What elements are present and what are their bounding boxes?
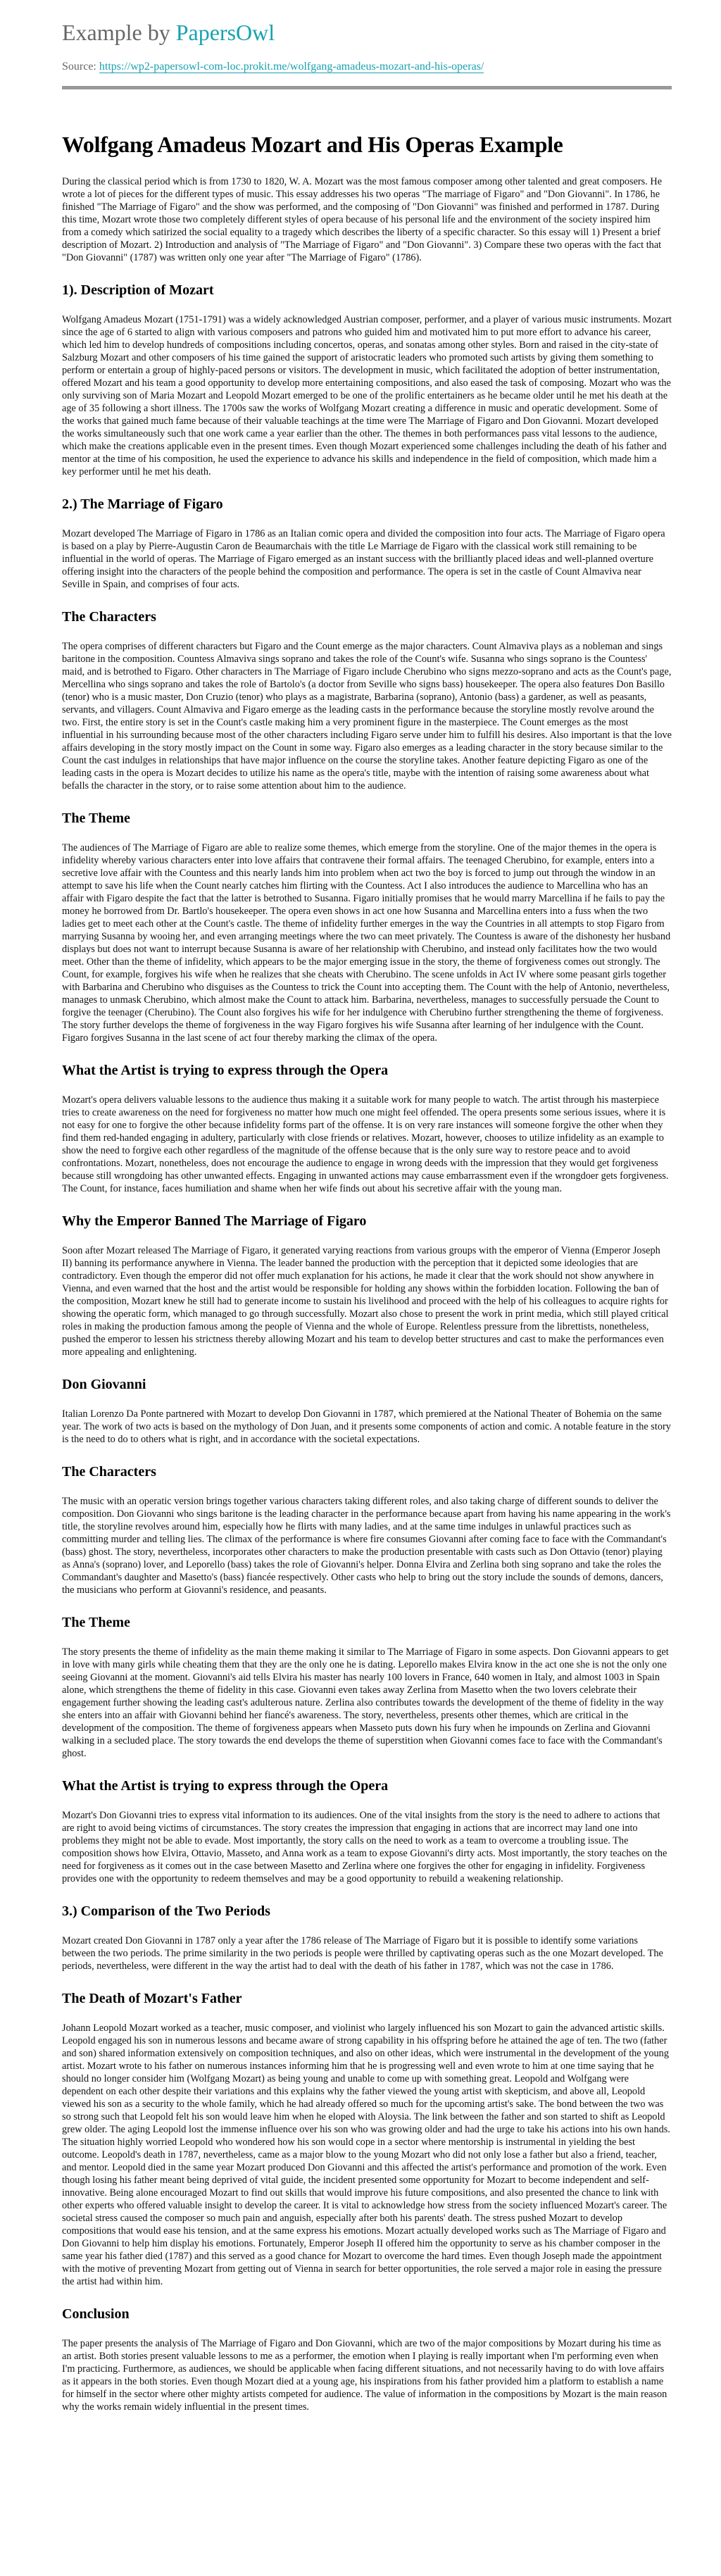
- section-heading: 2.) The Marriage of Figaro: [62, 495, 672, 513]
- section-paragraph: The paper presents the analysis of The M…: [62, 2337, 672, 2413]
- source-label: Source:: [62, 61, 99, 73]
- section-figaro-artist-expression: What the Artist is trying to express thr…: [62, 1061, 672, 1195]
- section-paragraph: Wolfgang Amadeus Mozart (1751-1791) was …: [62, 313, 672, 478]
- intro-section: During the classical period which is fro…: [62, 175, 672, 264]
- source-line: Source: https://wp2-papersowl-com-loc.pr…: [62, 59, 672, 75]
- document-page: Example by PapersOwl Source: https://wp2…: [62, 0, 672, 2430]
- section-heading: What the Artist is trying to express thr…: [62, 1061, 672, 1080]
- section-heading: Conclusion: [62, 2305, 672, 2323]
- section-paragraph: The story presents the theme of infideli…: [62, 1646, 672, 1760]
- section-giovanni-characters: The Characters The music with an operati…: [62, 1463, 672, 1596]
- section-paragraph: Mozart created Don Giovanni in 1787 only…: [62, 1934, 672, 1972]
- section-emperor-ban: Why the Emperor Banned The Marriage of F…: [62, 1212, 672, 1358]
- section-don-giovanni: Don Giovanni Italian Lorenzo Da Ponte pa…: [62, 1375, 672, 1446]
- section-heading: 3.) Comparison of the Two Periods: [62, 1902, 672, 1920]
- section-figaro-characters: The Characters The opera comprises of di…: [62, 608, 672, 792]
- section-heading: The Characters: [62, 1463, 672, 1481]
- section-paragraph: Mozart's opera delivers valuable lessons…: [62, 1094, 672, 1195]
- section-heading: Don Giovanni: [62, 1375, 672, 1394]
- section-giovanni-theme: The Theme The story presents the theme o…: [62, 1613, 672, 1760]
- section-paragraph: Mozart developed The Marriage of Figaro …: [62, 527, 672, 591]
- brand-name: PapersOwl: [176, 20, 275, 45]
- source-link[interactable]: https://wp2-papersowl-com-loc.prokit.me/…: [99, 61, 484, 73]
- section-death-of-father: The Death of Mozart's Father Johann Leop…: [62, 1989, 672, 2288]
- section-paragraph: Soon after Mozart released The Marriage …: [62, 1244, 672, 1358]
- section-paragraph: The music with an operatic version bring…: [62, 1495, 672, 1596]
- section-heading: The Theme: [62, 1613, 672, 1632]
- section-paragraph: Italian Lorenzo Da Ponte partnered with …: [62, 1408, 672, 1446]
- section-heading: The Characters: [62, 608, 672, 626]
- section-paragraph: The opera comprises of different charact…: [62, 640, 672, 792]
- section-figaro-theme: The Theme The audiences of The Marriage …: [62, 809, 672, 1044]
- brand-prefix: Example by: [62, 20, 176, 45]
- section-conclusion: Conclusion The paper presents the analys…: [62, 2305, 672, 2413]
- page-title: Wolfgang Amadeus Mozart and His Operas E…: [62, 130, 672, 158]
- section-marriage-of-figaro: 2.) The Marriage of Figaro Mozart develo…: [62, 495, 672, 591]
- section-heading: What the Artist is trying to express thr…: [62, 1777, 672, 1795]
- section-comparison: 3.) Comparison of the Two Periods Mozart…: [62, 1902, 672, 1972]
- section-paragraph: Johann Leopold Mozart worked as a teache…: [62, 2022, 672, 2288]
- section-paragraph: Mozart's Don Giovanni tries to express v…: [62, 1809, 672, 1885]
- section-heading: 1). Description of Mozart: [62, 281, 672, 299]
- section-giovanni-artist-expression: What the Artist is trying to express thr…: [62, 1777, 672, 1885]
- section-heading: Why the Emperor Banned The Marriage of F…: [62, 1212, 672, 1230]
- intro-paragraph: During the classical period which is fro…: [62, 175, 672, 264]
- header-divider: [62, 86, 672, 89]
- section-paragraph: The audiences of The Marriage of Figaro …: [62, 842, 672, 1044]
- section-heading: The Death of Mozart's Father: [62, 1989, 672, 2008]
- page-header: Example by PapersOwl Source: https://wp2…: [62, 18, 672, 89]
- brand-line: Example by PapersOwl: [62, 18, 672, 46]
- section-description-of-mozart: 1). Description of Mozart Wolfgang Amade…: [62, 281, 672, 478]
- section-heading: The Theme: [62, 809, 672, 827]
